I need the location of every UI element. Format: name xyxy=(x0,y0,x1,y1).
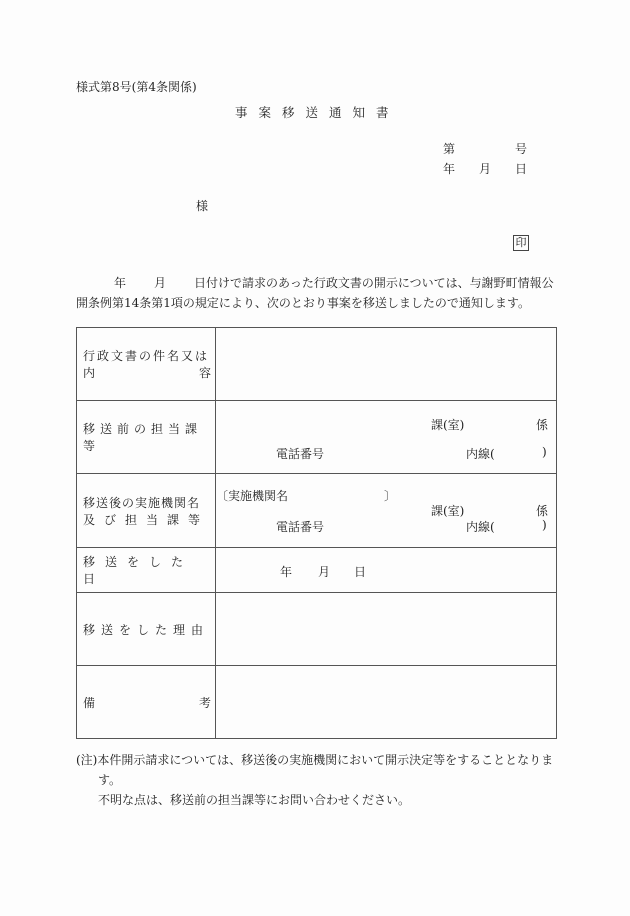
date-year: 年 xyxy=(443,160,455,177)
field-before-dept[interactable]: 課(室) 係 電話番号 内線( ) xyxy=(216,401,557,474)
table-row-transfer-reason: 移送をした理由 xyxy=(77,593,557,666)
label-transfer-date: 移送をした日 xyxy=(77,548,216,593)
field-document-title[interactable] xyxy=(216,328,557,401)
year-label: 年 xyxy=(280,563,292,580)
document-date: 年 月 日 xyxy=(443,160,527,177)
day-label: 日 xyxy=(354,563,366,580)
label-remarks: 備考 xyxy=(77,666,216,739)
document-number: 第 号 xyxy=(443,140,527,157)
number-prefix: 第 xyxy=(443,140,455,157)
label-document-title: 行政文書の件名又は 内容 xyxy=(77,328,216,401)
form-id: 様式第8号(第4条関係) xyxy=(76,78,197,95)
month-label: 月 xyxy=(318,563,330,580)
label-after-agency: 移送後の実施機関名 及び担当課等 xyxy=(77,474,216,548)
note-line1: (注)本件開示請求については、移送後の実施機関において開示決定等をすることとなり… xyxy=(76,750,558,790)
addressee: 様 xyxy=(196,197,208,214)
extension-label: 内線( xyxy=(466,445,495,462)
table-row-transfer-date: 移送をした日 年 月 日 xyxy=(77,548,557,593)
body-month: 月 xyxy=(154,276,166,290)
label-b: 考 xyxy=(199,694,211,711)
agency-label: 〔実施機関名 xyxy=(216,487,288,504)
date-month: 月 xyxy=(479,160,491,177)
label-line2a: 内 xyxy=(83,364,95,381)
body-year: 年 xyxy=(114,276,126,290)
label-line2b: 容 xyxy=(199,364,211,381)
body-text: 日付けで請求のあった行政文書の開示については、与謝野町情報公開条例第14条第1項… xyxy=(76,276,554,310)
dept-label: 課(室) xyxy=(431,416,464,433)
label-line2: 及び担当課等 xyxy=(83,511,211,528)
extension-label: 内線( xyxy=(466,518,495,535)
section-label: 係 xyxy=(536,502,548,519)
field-transfer-reason[interactable] xyxy=(216,593,557,666)
transfer-table: 行政文書の件名又は 内容 移送前の担当課等 課(室) 係 電話番号 内線( ) … xyxy=(76,327,557,739)
label-line1: 移送後の実施機関名 xyxy=(83,494,211,511)
field-remarks[interactable] xyxy=(216,666,557,739)
extension-close: ) xyxy=(542,445,547,459)
agency-close: 〕 xyxy=(384,487,396,504)
field-after-agency[interactable]: 〔実施機関名 〕 課(室) 係 電話番号 内線( ) xyxy=(216,474,557,548)
table-row-remarks: 備考 xyxy=(77,666,557,739)
dept-label: 課(室) xyxy=(431,502,464,519)
note-line2: 不明な点は、移送前の担当課等にお問い合わせください。 xyxy=(76,790,558,810)
table-row-document: 行政文書の件名又は 内容 xyxy=(77,328,557,401)
seal-icon: 印 xyxy=(513,235,529,251)
label-text: 移送をした日 xyxy=(83,553,211,587)
label-line1: 行政文書の件名又は xyxy=(83,347,211,364)
document-title: 事案移送通知書 xyxy=(235,103,400,121)
label-transfer-reason: 移送をした理由 xyxy=(77,593,216,666)
section-label: 係 xyxy=(536,416,548,433)
date-day: 日 xyxy=(515,160,527,177)
label-before-dept: 移送前の担当課等 xyxy=(77,401,216,474)
table-row-before-dept: 移送前の担当課等 課(室) 係 電話番号 内線( ) xyxy=(77,401,557,474)
phone-label: 電話番号 xyxy=(276,518,324,535)
label-text: 移送前の担当課等 xyxy=(83,420,211,454)
phone-label: 電話番号 xyxy=(276,445,324,462)
label-a: 備 xyxy=(83,694,95,711)
field-transfer-date[interactable]: 年 月 日 xyxy=(216,548,557,593)
number-suffix: 号 xyxy=(515,140,527,157)
notice-body: 年月日付けで請求のあった行政文書の開示については、与謝野町情報公開条例第14条第… xyxy=(76,273,558,313)
extension-close: ) xyxy=(542,518,547,532)
note: (注)本件開示請求については、移送後の実施機関において開示決定等をすることとなり… xyxy=(76,750,558,810)
label-text: 移送をした理由 xyxy=(83,621,211,638)
table-row-after-agency: 移送後の実施機関名 及び担当課等 〔実施機関名 〕 課(室) 係 電話番号 内線… xyxy=(77,474,557,548)
